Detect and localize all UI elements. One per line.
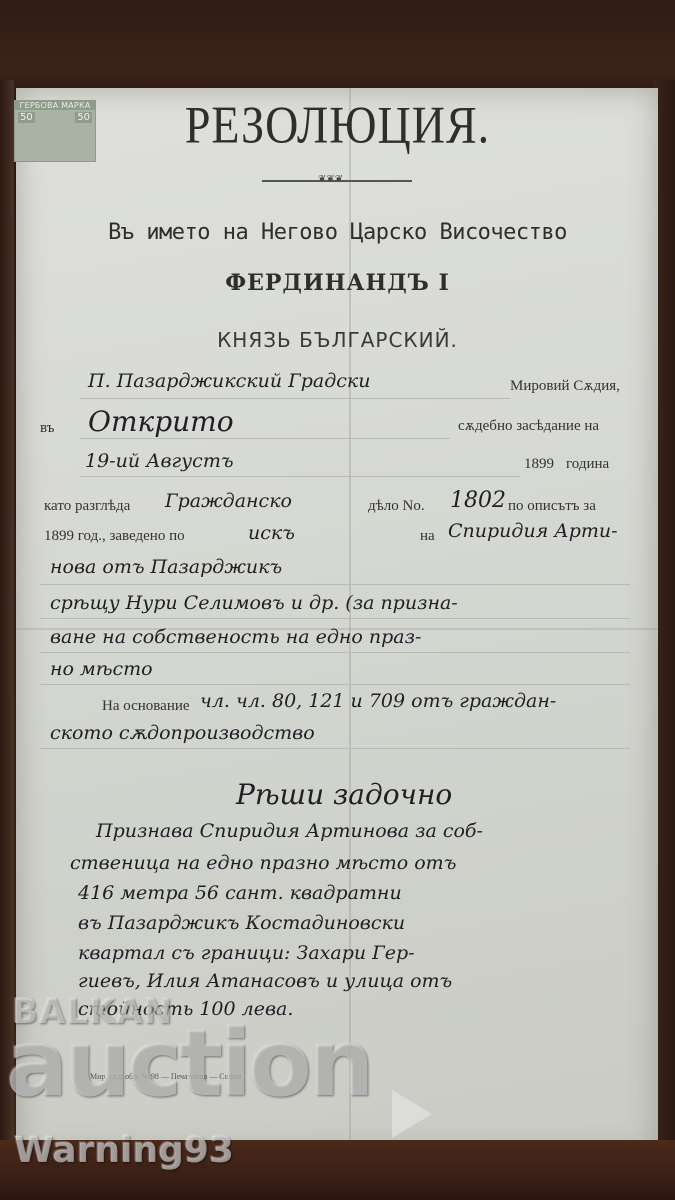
invocation-line: Въ името на Негово Царско Височество: [0, 220, 675, 245]
field-rule: [40, 684, 630, 685]
document-title: РЕЗОЛЮЦИЯ.: [0, 94, 675, 155]
decision-line-1: Признава Спиридия Артинова за соб-: [96, 820, 483, 842]
claim-type-handwritten: искъ: [248, 522, 295, 544]
filed-prefix: 1899 год., заведено по: [44, 528, 185, 545]
plaintiff-handwritten: Спиридия Арти-: [448, 520, 618, 542]
decision-heading: Рѣши задочно: [236, 778, 452, 811]
field-rule: [40, 748, 630, 749]
year-printed: 1899: [524, 456, 554, 473]
watermark-seller: Warning93: [14, 1130, 234, 1171]
case-number-handwritten: 1802: [450, 488, 506, 513]
decision-line-4: въ Пазарджикъ Костадиновски: [78, 912, 405, 934]
watermark-play-icon: [392, 1090, 432, 1138]
field-rule: [40, 652, 630, 653]
date-handwritten: 19-ий Августъ: [85, 450, 234, 472]
monarch-title: КНЯЗЬ БЪЛГАРСКИЙ.: [0, 328, 675, 352]
watermark-brand-main: auction: [6, 1010, 371, 1117]
session-type-handwritten: Открито: [88, 405, 234, 438]
handwritten-line-1: нова отъ Пазарджикъ: [50, 556, 282, 578]
handwritten-line-2: срѣщу Нури Селимовъ и др. (за признa-: [50, 592, 458, 614]
case-type-handwritten: Гражданско: [165, 490, 292, 512]
field-rule: [40, 584, 630, 585]
decision-line-5: квартал съ граници: Захари Гер-: [78, 942, 415, 964]
field-rule: [80, 398, 510, 399]
field-rule: [80, 438, 450, 439]
court-name-handwritten: П. Пазарджикский Градски: [88, 370, 370, 392]
decision-line-6: гиевъ, Илия Атанасовъ и улица отъ: [78, 970, 452, 992]
ornament-icon: ❦❦❦: [318, 174, 343, 185]
year-label-printed: година: [566, 456, 609, 473]
decision-line-2: ственица на едно празно мѣсто отъ: [70, 852, 456, 874]
register-label: по описътъ за: [508, 498, 596, 515]
handwritten-line-3: ване на собственость на едно праз-: [50, 626, 421, 648]
field-rule: [40, 618, 630, 619]
handwritten-line-4: но мѣсто: [50, 658, 153, 680]
on-label: на: [420, 528, 435, 545]
basis-code-handwritten: ското сѫдопроизводство: [50, 722, 315, 744]
case-no-label: дѣло No.: [368, 498, 425, 515]
basis-articles-handwritten: чл. чл. 80, 121 и 709 отъ граждан-: [200, 690, 556, 712]
field-rule: [80, 476, 520, 477]
monarch-name: ФЕРДИНАНДЪ I: [0, 270, 675, 296]
in-prefix: въ: [40, 420, 54, 437]
basis-label: На основание: [102, 698, 190, 715]
court-title-printed: Мировий Сѫдия,: [510, 378, 620, 395]
session-label-printed: сѫдебно засѣдание на: [458, 418, 599, 435]
decision-line-3: 416 метра 56 сант. квадратни: [78, 882, 402, 904]
considered-prefix: като разглѣда: [44, 498, 130, 515]
